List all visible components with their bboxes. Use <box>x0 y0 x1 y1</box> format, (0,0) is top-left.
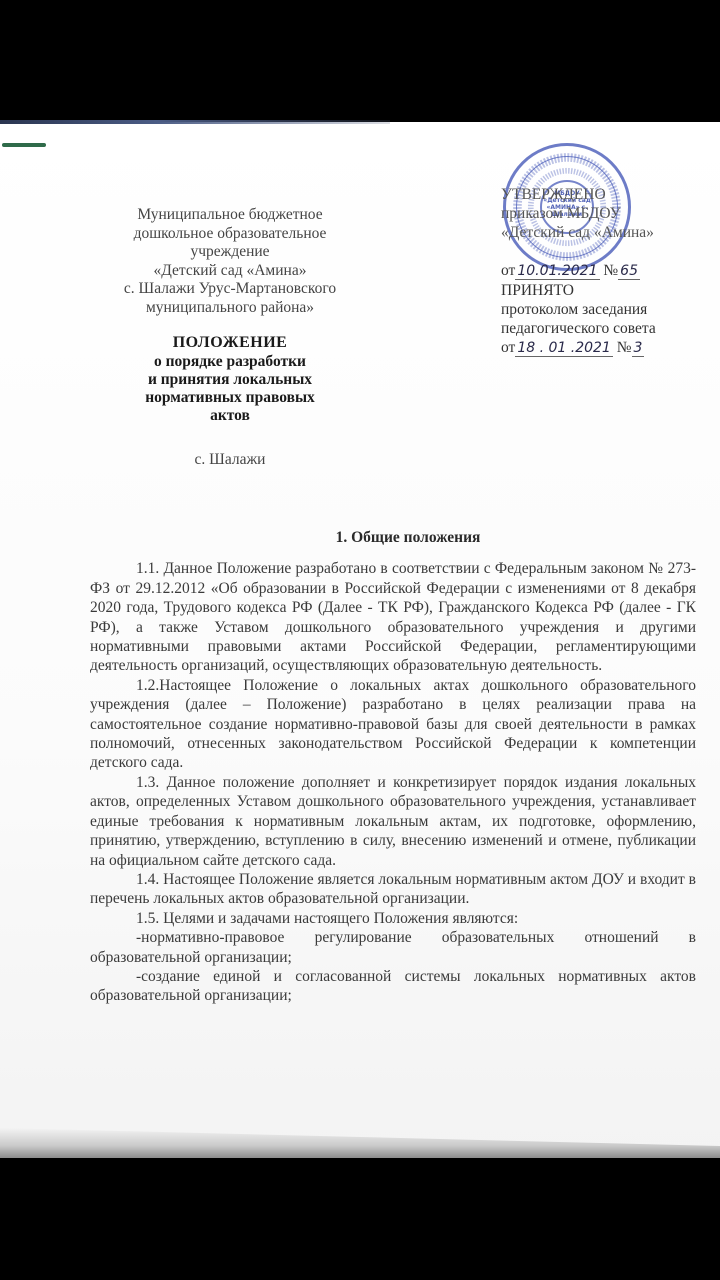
accepted-date-line: от18 . 01 .2021 №3 <box>501 338 711 358</box>
document-title-line: о порядке разработки <box>110 353 350 371</box>
accepted-date: 18 . 01 .2021 <box>515 340 613 357</box>
institution-line: «Детский сад «Амина» <box>100 262 360 281</box>
document-title-main: ПОЛОЖЕНИЕ <box>110 334 350 352</box>
institution-line: муниципального района» <box>100 299 360 318</box>
spacer <box>501 242 711 261</box>
approved-number: 65 <box>618 263 640 280</box>
paragraph-1-3: 1.3. Данное положение дополняет и конкре… <box>90 773 696 870</box>
approved-label: УТВЕРЖДЕНО <box>501 185 711 204</box>
approved-order: приказом МБДОУ <box>501 204 711 223</box>
institution-line: дошкольное образовательное <box>100 225 360 244</box>
document-title-line: и принятия локальных <box>110 371 350 389</box>
number-prefix: № <box>603 262 618 279</box>
accepted-line: педагогического совета <box>501 319 711 338</box>
paragraph-1-4: 1.4. Настоящее Положение является локаль… <box>90 870 696 909</box>
document-body: 1. Общие положения 1.1. Данное Положение… <box>90 528 696 1006</box>
page-top-edge-shadow <box>0 120 390 124</box>
paragraph-1-1: 1.1. Данное Положение разработано в соот… <box>90 559 696 675</box>
accepted-line: протоколом заседания <box>501 300 711 319</box>
goal-item: -создание единой и согласованной системы… <box>90 967 696 1006</box>
document-title-line: актов <box>110 407 350 425</box>
paragraph-1-5: 1.5. Целями и задачами настоящего Положе… <box>90 909 696 928</box>
institution-line: Муниципальное бюджетное <box>100 206 360 225</box>
paragraph-1-2: 1.2.Настоящее Положение о локальных акта… <box>90 676 696 773</box>
approved-date: 10.01.2021 <box>515 263 599 280</box>
date-prefix: от <box>501 262 515 279</box>
institution-line: учреждение <box>100 243 360 262</box>
accepted-number: 3 <box>632 340 645 357</box>
institution-header: Муниципальное бюджетное дошкольное образ… <box>100 206 360 317</box>
approved-institution: «Детский сад «Амина» <box>501 223 711 242</box>
number-prefix: № <box>617 339 632 356</box>
goal-item: -нормативно-правовое регулирование образ… <box>90 928 696 967</box>
document-title-line: нормативных правовых <box>110 389 350 407</box>
accepted-label: ПРИНЯТО <box>501 281 711 300</box>
institution-line: с. Шалажи Урус-Мартановского <box>100 280 360 299</box>
date-prefix: от <box>501 339 515 356</box>
section-title: 1. Общие положения <box>90 528 696 547</box>
green-marker-stroke <box>2 143 46 147</box>
approval-block: УТВЕРЖДЕНО приказом МБДОУ «Детский сад «… <box>501 185 711 358</box>
document-place: с. Шалажи <box>110 451 350 469</box>
document-title: ПОЛОЖЕНИЕ о порядке разработки и приняти… <box>110 334 350 425</box>
approved-date-line: от10.01.2021 №65 <box>501 261 711 281</box>
